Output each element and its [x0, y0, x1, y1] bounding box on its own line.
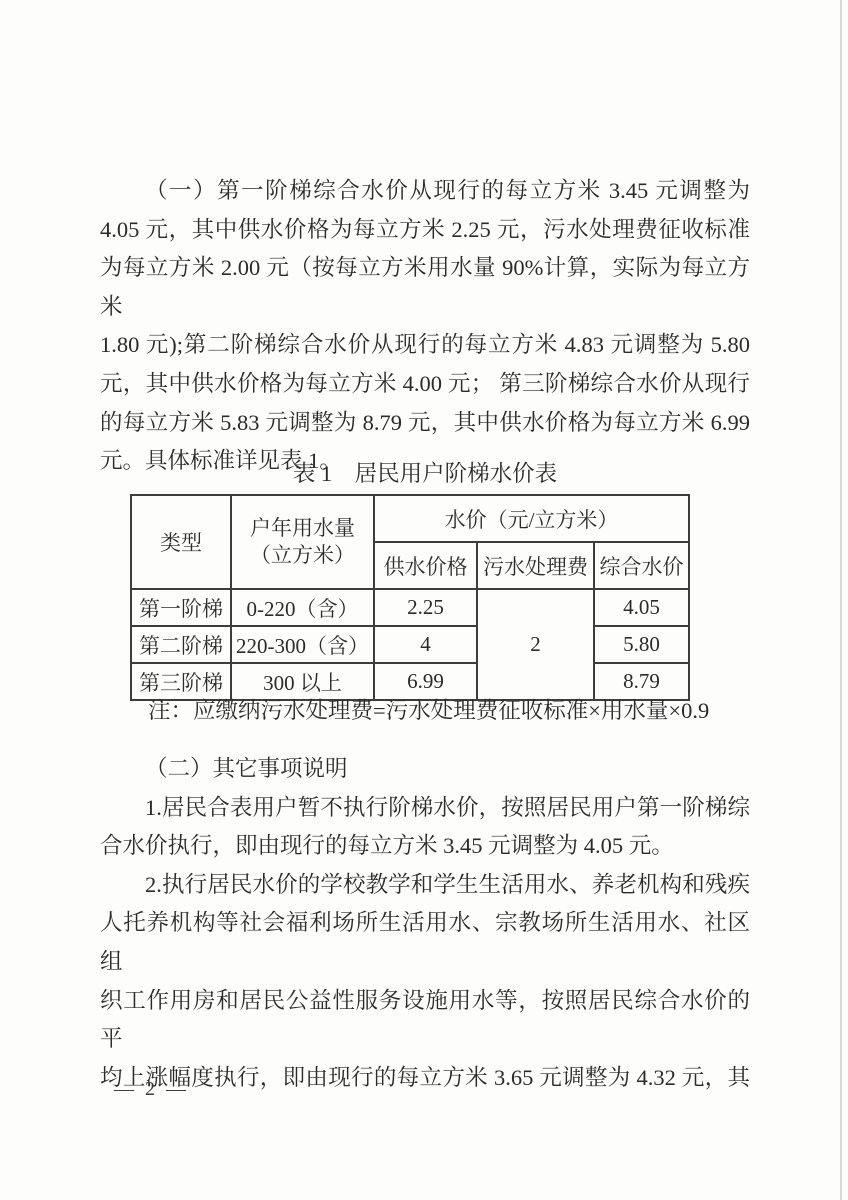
cell-usage: 220-300（含） — [231, 626, 374, 663]
page-number: — 2 — — [114, 1078, 189, 1101]
cell-tier: 第二阶梯 — [131, 626, 231, 663]
paragraph-1: （一）第一阶梯综合水价从现行的每立方米 3.45 元调整为 4.05 元，其中供… — [100, 172, 750, 481]
cell-comprehensive-price: 4.05 — [594, 589, 689, 626]
table-note: 注：应缴纳污水处理费=污水处理费征收标准×用水量×0.9 — [100, 692, 750, 731]
header-type: 类型 — [131, 495, 231, 589]
section-2-heading: （二）其它事项说明 — [100, 750, 750, 789]
cell-tier: 第一阶梯 — [131, 589, 231, 626]
item-2-line: 人托养机构等社会福利场所生活用水、宗教场所生活用水、社区组 — [100, 904, 750, 981]
paragraph-1-line: （一）第一阶梯综合水价从现行的每立方米 3.45 元调整为 — [100, 172, 750, 211]
item-1-line: 合水价执行，即由现行的每立方米 3.45 元调整为 4.05 元。 — [100, 827, 750, 866]
item-1-line: 1.居民合表用户暂不执行阶梯水价，按照居民用户第一阶梯综 — [100, 789, 750, 828]
item-2-line: 2.执行居民水价的学校教学和学生生活用水、养老机构和残疾 — [100, 866, 750, 905]
item-2-line: 均上涨幅度执行，即由现行的每立方米 3.65 元调整为 4.32 元，其 — [100, 1059, 750, 1098]
paragraph-1-line: 1.80 元);第二阶梯综合水价从现行的每立方米 4.83 元调整为 5.80 — [100, 326, 750, 365]
paragraph-1-line: 4.05 元，其中供水价格为每立方米 2.25 元，污水处理费征收标准 — [100, 211, 750, 250]
cell-usage: 0-220（含） — [231, 589, 374, 626]
header-supply-price: 供水价格 — [374, 542, 477, 589]
scan-edge-line — [840, 0, 842, 1200]
paragraph-1-line: 的每立方米 5.83 元调整为 8.79 元，其中供水价格为每立方米 6.99 — [100, 404, 750, 443]
paragraph-1-line: 为每立方米 2.00 元（按每立方米用水量 90%计算，实际为每立方米 — [100, 249, 750, 326]
paragraph-1-line: 元，其中供水价格为每立方米 4.00 元； 第三阶梯综合水价从现行 — [100, 365, 750, 404]
scanned-document-page: （一）第一阶梯综合水价从现行的每立方米 3.45 元调整为 4.05 元，其中供… — [0, 0, 848, 1200]
header-comprehensive-price: 综合水价 — [594, 542, 689, 589]
tiered-water-price-table: 类型 户年用水量 （立方米） 水价（元/立方米） 供水价格 污水处理费 综合水价… — [130, 494, 690, 701]
section-2: （二）其它事项说明 1.居民合表用户暂不执行阶梯水价，按照居民用户第一阶梯综 合… — [100, 750, 750, 1097]
header-annual-usage-line1: 户年用水量 — [232, 515, 373, 542]
cell-supply-price: 4 — [374, 626, 477, 663]
table-row: 第一阶梯 0-220（含） 2.25 2 4.05 — [131, 589, 689, 626]
cell-supply-price: 2.25 — [374, 589, 477, 626]
table-row: 第二阶梯 220-300（含） 4 5.80 — [131, 626, 689, 663]
item-2-line: 织工作用房和居民公益性服务设施用水等，按照居民综合水价的平 — [100, 982, 750, 1059]
header-annual-usage: 户年用水量 （立方米） — [231, 495, 374, 589]
header-sewage-fee: 污水处理费 — [477, 542, 594, 589]
table-title: 表 1 居民用户阶梯水价表 — [100, 457, 750, 491]
header-annual-usage-line2: （立方米） — [232, 542, 373, 569]
cell-comprehensive-price: 5.80 — [594, 626, 689, 663]
cell-sewage-fee-merged: 2 — [477, 589, 594, 700]
header-price-group: 水价（元/立方米） — [374, 495, 689, 542]
